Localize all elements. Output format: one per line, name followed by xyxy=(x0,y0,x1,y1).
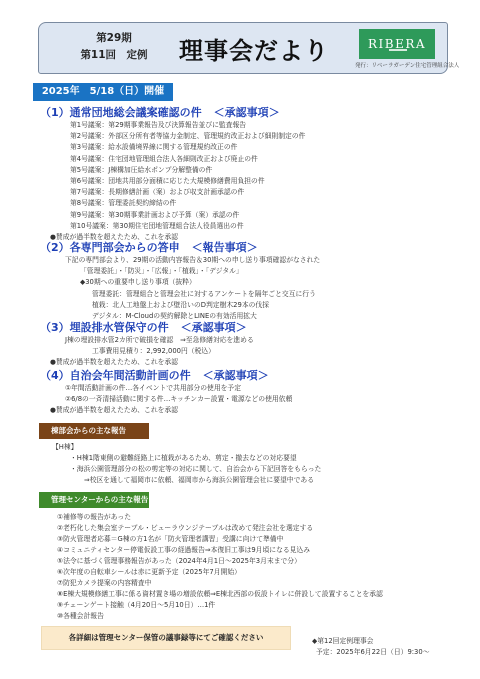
center-report-item: ⑥次年度の自転車シールは赤に更新予定（2025年7月開始） xyxy=(57,567,241,578)
heading-tag: ＜承認事項＞ xyxy=(181,321,247,334)
heading-text: （1）通常団地総会議案確認の件 xyxy=(40,106,202,119)
section-general-assembly: （1）通常団地総会議案確認の件＜承認事項＞ 第1号議案：第29期事業報告及び決算… xyxy=(40,106,305,243)
issue-info: 第29期 第11回 定例 xyxy=(69,30,159,64)
section-intro: 下記の専門部会より、29期の活動内容報告＆30期への申し送り事項確認がなされた xyxy=(40,255,320,266)
page-title: 理事会だより xyxy=(179,31,329,66)
heading-tag: ＜承認事項＞ xyxy=(203,369,269,382)
cost-estimate: 工事費用見積り：2,992,000円（税込） xyxy=(40,346,254,357)
next-meeting-title: ◆第12回定例理事会 xyxy=(312,636,430,647)
center-report-item: ⑧E棟大規模修繕工事に係る資材置き場の増設依頼⇒E棟北西部の仮設トイレに併設して… xyxy=(57,589,383,600)
next-meeting-info: ◆第12回定例理事会 予定：2025年6月22日（日）9:30～ xyxy=(312,636,430,658)
newsletter-header: 第29期 第11回 定例 理事会だより RIBERA 発行：リベーラガーデン住宅… xyxy=(38,22,448,74)
center-report-item: ⑤法令に基づく管理事務報告があった（2024年4月1日～2025年3月末まで分） xyxy=(57,556,301,567)
section-neighborhood-plan: （4）自治会年間活動計画の件＜承認事項＞ ①年間活動計画の件…各イベントで共用部… xyxy=(40,369,292,417)
agenda-item: 第7号議案：長期修繕計画（案）および収支計画承認の件 xyxy=(40,187,305,198)
drain-detail: J棟の埋設排水管2カ所で破損を確認 ⇒至急修繕対応を進める xyxy=(40,335,254,346)
section-drain-pipe: （3）埋設排水管保守の件＜承認事項＞ J棟の埋設排水管2カ所で破損を確認 ⇒至急… xyxy=(40,321,254,369)
agenda-item: 第4号議案：住宅団地管理組合法人各細則改正および廃止の件 xyxy=(40,154,305,165)
center-report-item: ④コミュニティセンター停電仮設工事の経過報告⇒本復旧工事は9月頃になる見込み xyxy=(57,545,310,556)
building-report-item: ⇒校区を通して福岡市に依頼、福岡市から海浜公園管理会社に要望中である xyxy=(84,475,314,486)
logo-bar-decoration xyxy=(389,49,407,51)
ribera-logo: RIBERA xyxy=(359,29,435,59)
agenda-item: 第1号議案：第29期事業報告及び決算報告並びに監査報告 xyxy=(40,120,305,131)
building-report-item: ・海浜公園管理部分の松の剪定等の対応に関して、自治会から下記回答をもらった xyxy=(70,464,321,475)
handover-item: 管理委託：管理組合と管理会社に対するアンケートを隔年ごと交互に行う xyxy=(40,289,320,300)
section-heading: （3）埋設排水管保守の件＜承認事項＞ xyxy=(40,321,254,335)
session-label: 第11回 定例 xyxy=(69,47,159,64)
building-report-item: ・H棟1階東側の避難経路上に植栽があるため、剪定・撤去などの対応要望 xyxy=(70,453,297,464)
plan-item: ②6/8の一斉清掃活動に関する件…キッチンカー設置・電源などの使用依頼 xyxy=(40,394,292,405)
next-meeting-schedule: 予定：2025年6月22日（日）9:30～ xyxy=(312,647,430,658)
heading-tag: ＜報告事項＞ xyxy=(192,241,258,254)
agenda-item: 第3号議案：給水設備境界線に関する管理規約改正の件 xyxy=(40,142,305,153)
plan-item: ①年間活動計画の件…各イベントで共用部分の使用を予定 xyxy=(40,383,292,394)
agenda-item: 第9号議案：第30期事業計画および予算（案）承認の件 xyxy=(40,210,305,221)
section-heading: （1）通常団地総会議案確認の件＜承認事項＞ xyxy=(40,106,305,120)
approval-result: ●賛成が過半数を超えたため、これを承認 xyxy=(40,357,254,368)
subheading: ◆30期への重要申し送り事項（抜粋） xyxy=(40,277,320,288)
heading-tag: ＜承認事項＞ xyxy=(214,106,280,119)
heading-text: （3）埋設排水管保守の件 xyxy=(40,321,169,334)
publisher-label: 発行：リベーラガーデン住宅管理組合法人 xyxy=(355,61,459,69)
section-heading: （2）各専門部会からの答申＜報告事項＞ xyxy=(40,241,320,255)
center-report-item: ③防火管理者応募＝G棟の方1名が「防火管理者講習」受講に向けて準備中 xyxy=(57,534,283,545)
section-heading: （4）自治会年間活動計画の件＜承認事項＞ xyxy=(40,369,292,383)
heading-text: （4）自治会年間活動計画の件 xyxy=(40,369,191,382)
details-notice: 各詳細は管理センター保管の議事録等にてご確認ください xyxy=(41,626,291,650)
handover-item: 植栽：北人工地盤上および壁沿いのD判定樹木29本の伐採 xyxy=(40,300,320,311)
committee-list: 「管理委託」・「防災」・「広報」・「植栽」・「デジタル」 xyxy=(40,266,320,277)
center-report-item: ⑨チェーンゲート接触（4月20日～5月10日）…1件 xyxy=(57,600,215,611)
agenda-item: 第10号議案：第30期住宅団地管理組合法人役員選出の件 xyxy=(40,221,305,232)
section-committee-reports: （2）各専門部会からの答申＜報告事項＞ 下記の専門部会より、29期の活動内容報告… xyxy=(40,241,320,322)
building-name: 【H棟】 xyxy=(52,442,78,453)
center-report-item: ②老朽化した集会室テーブル・ビューラウンジテーブルは改めて発注会社を選定する xyxy=(57,523,313,534)
building-reports-label: 棟部会からの主な報告 xyxy=(39,423,149,439)
center-report-item: ①補修等の報告があった xyxy=(57,512,131,523)
center-report-item: ⑦防犯カメラ提案の内容精査中 xyxy=(57,578,151,589)
term-label: 第29期 xyxy=(69,30,159,47)
center-report-item: ⑩各種会計報告 xyxy=(57,611,104,622)
agenda-item: 第5号議案：J棟構加圧給水ポンプ分解整備の件 xyxy=(40,165,305,176)
meeting-date-banner: 2025年 5/18（日）開催 xyxy=(33,83,173,101)
heading-text: （2）各専門部会からの答申 xyxy=(40,241,180,254)
agenda-item: 第8号議案：管理委託契約締結の件 xyxy=(40,198,305,209)
approval-result: ●賛成が過半数を超えたため、これを承認 xyxy=(40,405,292,416)
agenda-item: 第6号議案：団地共用部分面積に応じた大規模修繕費用負担の件 xyxy=(40,176,305,187)
agenda-item: 第2号議案：外部区分所有者等協力金制定、管理規約改正および細則制定の件 xyxy=(40,131,305,142)
center-reports-label: 管理センターからの主な報告 xyxy=(39,492,149,508)
